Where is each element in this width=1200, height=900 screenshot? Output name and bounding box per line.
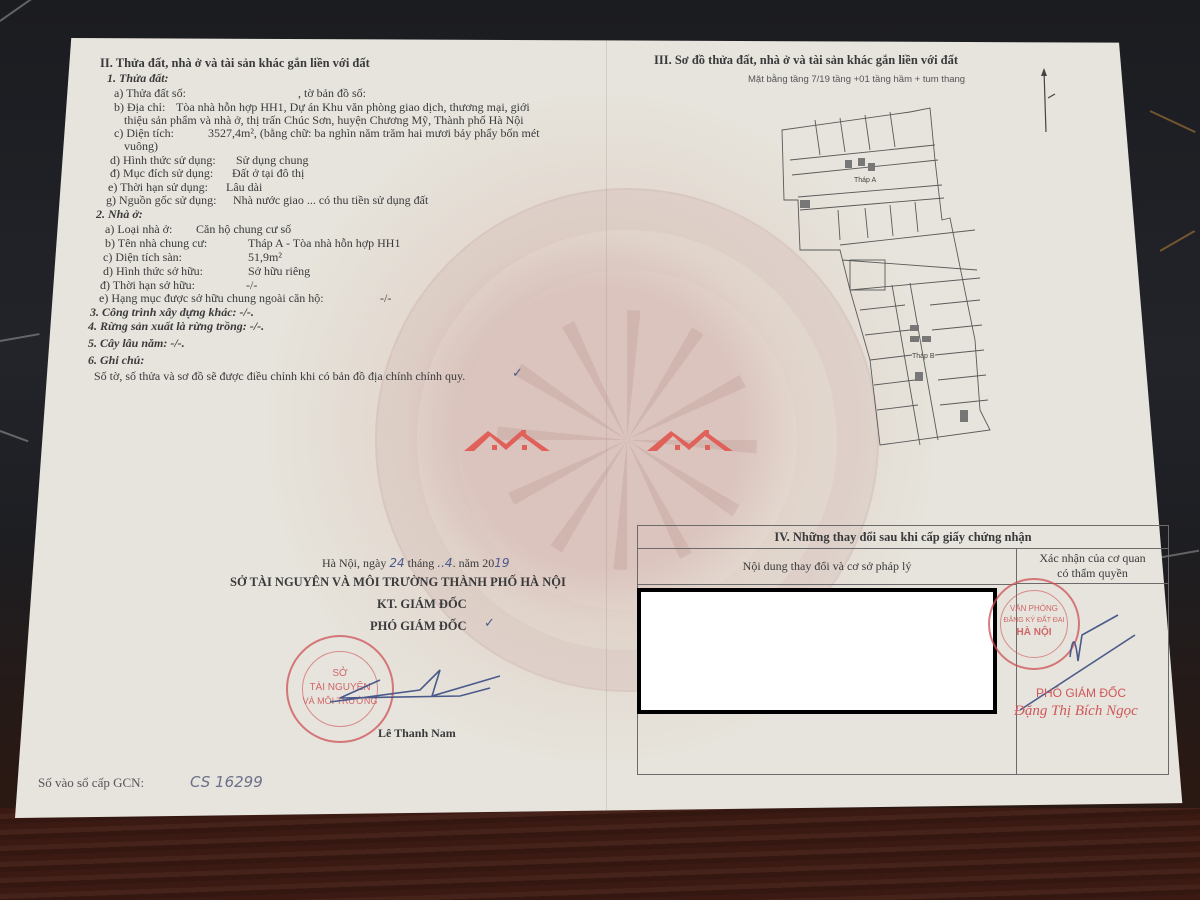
column-header-change-content: Nội dung thay đổi và cơ sở pháp lý bbox=[638, 548, 1016, 585]
svg-text:Tháp B: Tháp B bbox=[912, 353, 935, 360]
common-area-value: -/- bbox=[380, 291, 391, 305]
house-type-value: Căn hộ chung cư số bbox=[196, 222, 291, 236]
use-form-value: Sử dụng chung bbox=[236, 153, 309, 167]
page-fold bbox=[606, 40, 607, 810]
area-label: c) Diện tích: bbox=[114, 126, 174, 140]
initial-mark-icon: ✓ bbox=[484, 617, 495, 631]
svg-text:Tháp A: Tháp A bbox=[854, 177, 877, 184]
map-sheet-label: , tờ bản đồ số: bbox=[298, 86, 366, 100]
house-logo-icon bbox=[462, 424, 552, 454]
building-value: Tháp A - Tòa nhà hỗn hợp HH1 bbox=[248, 236, 400, 250]
use-form-label: d) Hình thức sử dụng: bbox=[110, 153, 216, 167]
notes-text: Số tờ, số thửa và sơ đồ sẽ được điều chỉ… bbox=[94, 369, 465, 383]
sign-date: Hà Nội, ngày 24 tháng ..4. năm 2019 bbox=[322, 556, 510, 570]
deputy-director-title: PHÓ GIÁM ĐỐC bbox=[370, 619, 467, 633]
notes-heading: 6. Ghi chú: bbox=[88, 353, 144, 367]
common-area-label: e) Hạng mục được sở hữu chung ngoài căn … bbox=[99, 291, 324, 305]
agency-name: SỞ TÀI NGUYÊN VÀ MÔI TRƯỜNG THÀNH PHỐ HÀ… bbox=[230, 575, 566, 589]
changes-table-title: IV. Những thay đổi sau khi cấp giấy chứn… bbox=[638, 526, 1168, 549]
wooden-table bbox=[0, 808, 1200, 900]
origin-value: Nhà nước giao ... có thu tiền sử dụng đấ… bbox=[233, 193, 428, 207]
on-behalf-of-director: KT. GIÁM ĐỐC bbox=[377, 597, 467, 611]
floor-area-label: c) Diện tích sàn: bbox=[103, 250, 182, 264]
own-term-label: đ) Thời hạn sở hữu: bbox=[100, 278, 195, 292]
marble-vein bbox=[0, 0, 74, 22]
own-term-value: -/- bbox=[246, 278, 257, 292]
confirm-position: PHÓ GIÁM ĐỐC bbox=[1036, 686, 1126, 700]
term-label: e) Thời hạn sử dụng: bbox=[108, 180, 208, 194]
origin-label: g) Nguồn gốc sử dụng: bbox=[106, 193, 217, 207]
registry-number-label: Số vào sổ cấp GCN: bbox=[38, 776, 144, 790]
area-value: 3527,4m², (bằng chữ: ba nghìn năm trăm h… bbox=[208, 126, 540, 140]
marble-vein bbox=[0, 430, 29, 442]
address-line-2: thiệu sản phẩm và nhà ở, thị trấn Chúc S… bbox=[124, 113, 524, 127]
house-heading: 2. Nhà ở: bbox=[96, 207, 143, 221]
production-forest: 4. Rừng sản xuất là rừng trồng: -/-. bbox=[88, 319, 264, 333]
perennial-trees: 5. Cây lâu năm: -/-. bbox=[88, 336, 185, 350]
confirm-signer-name: Đặng Thị Bích Ngọc bbox=[1014, 704, 1138, 718]
marble-vein bbox=[1150, 110, 1196, 133]
marble-vein bbox=[1160, 230, 1196, 252]
ownership-label: d) Hình thức sở hữu: bbox=[103, 264, 203, 278]
signature-lethanhnam bbox=[320, 660, 520, 710]
address-label: b) Địa chỉ: bbox=[114, 100, 165, 114]
apartment-floor-plan: Tháp A Tháp B bbox=[770, 100, 1030, 450]
building-label: b) Tên nhà chung cư: bbox=[105, 236, 207, 250]
other-construction: 3. Công trình xây dựng khác: -/-. bbox=[90, 305, 254, 319]
marble-vein bbox=[0, 333, 40, 342]
parcel-no-label: a) Thửa đất số: bbox=[114, 86, 186, 100]
land-heading: 1. Thửa đất: bbox=[107, 71, 169, 85]
north-arrow-icon bbox=[1040, 66, 1060, 136]
purpose-label: đ) Mục đích sử dụng: bbox=[110, 166, 213, 180]
section-iii-title: III. Sơ đồ thửa đất, nhà ở và tài sản kh… bbox=[654, 53, 958, 67]
registry-number-value: CS 16299 bbox=[190, 775, 263, 789]
area-value-cont: vuông) bbox=[124, 139, 158, 153]
section-ii-title: II. Thửa đất, nhà ở và tài sản khác gắn … bbox=[100, 56, 370, 70]
initial-mark-icon: ✓ bbox=[512, 367, 523, 381]
house-type-label: a) Loại nhà ở: bbox=[105, 222, 172, 236]
purpose-value: Đất ở tại đô thị bbox=[232, 166, 304, 180]
term-value: Lâu dài bbox=[226, 180, 262, 194]
redacted-content-box bbox=[637, 588, 997, 714]
ownership-value: Sở hữu riêng bbox=[248, 264, 310, 278]
floor-plan-caption: Mặt bằng tầng 7/19 tầng +01 tầng hầm + t… bbox=[748, 73, 965, 87]
house-logo-icon bbox=[645, 424, 735, 454]
signer-name: Lê Thanh Nam bbox=[378, 726, 456, 740]
address-line-1: Tòa nhà hỗn hợp HH1, Dự án Khu văn phòng… bbox=[176, 100, 530, 114]
floor-area-value: 51,9m² bbox=[248, 250, 282, 264]
